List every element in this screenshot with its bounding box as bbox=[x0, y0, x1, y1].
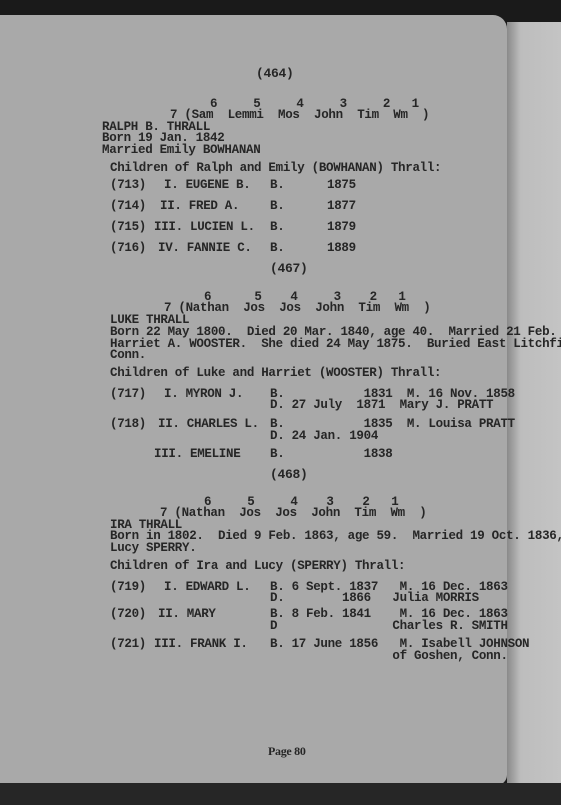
lineage-names: 7 (Nathan Jos Jos John Tim Wm ) bbox=[164, 301, 430, 315]
child-id: (718) bbox=[110, 417, 146, 431]
child-name: II. CHARLES L. bbox=[158, 417, 259, 431]
child-year: 1879 bbox=[327, 220, 356, 234]
child-name: IV. FANNIE C. bbox=[158, 241, 252, 255]
adjacent-page-edge bbox=[507, 22, 561, 787]
child-year: 1877 bbox=[327, 199, 356, 213]
child-name: III. EMELINE bbox=[154, 447, 240, 461]
child-id: (716) bbox=[110, 241, 146, 255]
child-born: B. bbox=[270, 178, 284, 192]
child-name: II. FRED A. bbox=[160, 199, 239, 213]
lineage-names: 7 (Nathan Jos Jos John Tim Wm ) bbox=[160, 506, 426, 520]
children-heading: Children of Luke and Harriet (WOOSTER) T… bbox=[110, 366, 441, 380]
scan-background bbox=[0, 783, 561, 805]
child-dates: D Charles R. SMITH bbox=[270, 619, 508, 633]
child-name: I. EUGENE B. bbox=[164, 178, 250, 192]
child-name: I. MYRON J. bbox=[164, 387, 243, 401]
child-dates: D. 24 Jan. 1904 bbox=[270, 429, 378, 443]
child-year: 1889 bbox=[327, 241, 356, 255]
page-number: Page 80 bbox=[268, 744, 306, 758]
person-detail: Harriet A. WOOSTER. She died 24 May 1875… bbox=[110, 337, 561, 351]
person-detail: Conn. bbox=[110, 348, 146, 362]
entry-number-468: (468) bbox=[270, 468, 308, 482]
child-id: (721) bbox=[110, 637, 146, 651]
child-dates: of Goshen, Conn. bbox=[270, 649, 508, 663]
child-name: I. EDWARD L. bbox=[164, 580, 250, 594]
child-dates: B. 1838 bbox=[270, 447, 392, 461]
entry-number-467: (467) bbox=[270, 262, 308, 276]
child-name: II. MARY bbox=[158, 607, 216, 621]
child-dates: D. 27 July 1871 Mary J. PRATT bbox=[270, 398, 493, 412]
child-born: B. bbox=[270, 241, 284, 255]
child-year: 1875 bbox=[327, 178, 356, 192]
child-id: (719) bbox=[110, 580, 146, 594]
person-detail: Married Emily BOWHANAN bbox=[102, 143, 260, 157]
child-id: (713) bbox=[110, 178, 146, 192]
child-name: III. LUCIEN L. bbox=[154, 220, 255, 234]
child-id: (715) bbox=[110, 220, 146, 234]
child-id: (720) bbox=[110, 607, 146, 621]
child-id: (714) bbox=[110, 199, 146, 213]
child-born: B. bbox=[270, 220, 284, 234]
child-dates: D. 1866 Julia MORRIS bbox=[270, 591, 479, 605]
children-heading: Children of Ira and Lucy (SPERRY) Thrall… bbox=[110, 559, 405, 573]
child-id: (717) bbox=[110, 387, 146, 401]
entry-number-464: (464) bbox=[256, 67, 294, 81]
child-name: III. FRANK I. bbox=[154, 637, 248, 651]
children-heading: Children of Ralph and Emily (BOWHANAN) T… bbox=[110, 161, 441, 175]
child-born: B. bbox=[270, 199, 284, 213]
person-detail: Lucy SPERRY. bbox=[110, 541, 196, 555]
